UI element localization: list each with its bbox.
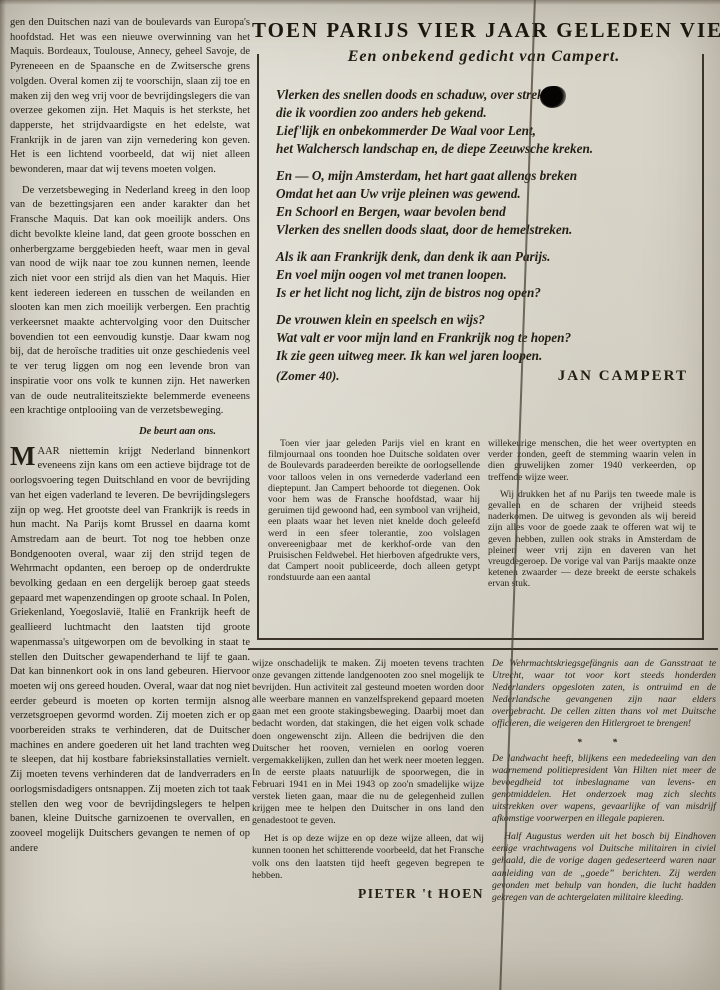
mid-bottom-column: wijze onschadelijk te maken. Zij moeten … — [252, 658, 484, 906]
poem-line: die ik voordien zoo anders heb gekend. — [276, 104, 696, 122]
poem-line: Wat valt er voor mijn land en Frankrijk … — [276, 329, 696, 347]
poem-line: De vrouwen klein en speelsch en wijs? — [276, 311, 696, 329]
news-brief-2: De landwacht heeft, blijkens een mededee… — [492, 753, 716, 826]
left-article-column: gen den Duitschen nazi van de boulevards… — [10, 16, 250, 862]
poem-line: En voel mijn oogen vol met tranen loopen… — [276, 266, 696, 284]
poem-line: En — O, mijn Amsterdam, het hart gaat al… — [276, 167, 696, 185]
left-paragraph-3: MAAR niettemin krijgt Nederland binnenko… — [10, 445, 250, 857]
box-article-column-left: Toen vier jaar geleden Parijs viel en kr… — [268, 438, 480, 590]
poem-box-border-right — [702, 54, 704, 640]
news-brief-3: Half Augustus werden uit het bosch bij E… — [492, 831, 716, 904]
poem-line: Vlerken des snellen doods en schaduw, ov… — [276, 86, 696, 104]
poem-box-border-left — [257, 54, 259, 640]
news-brief-1: De Wehrmachtskriegsgefängnis aan de Gans… — [492, 658, 716, 731]
poem-author: JAN CAMPERT — [558, 368, 688, 385]
author-signature: PIETER 't HOEN — [252, 888, 484, 900]
asterisk-separator: * * — [492, 737, 716, 749]
poem-line: Lief'lijk en onbekommerder De Waal voor … — [276, 122, 696, 140]
page-edge-shadow-top — [0, 0, 720, 5]
section-divider-rule — [248, 648, 718, 650]
subheading-de-beurt-aan-ons: De beurt aan ons. — [10, 425, 250, 440]
campert-poem: Vlerken des snellen doods en schaduw, ov… — [276, 86, 696, 365]
poem-line: Ik zie geen uitweg meer. Ik kan wel jare… — [276, 347, 696, 365]
poem-line: En Schoorl en Bergen, waar bevolen bend — [276, 203, 696, 221]
poem-line: Is er het licht nog licht, zijn de bistr… — [276, 284, 696, 302]
box-article-paragraph: Wij drukken het af nu Parijs ten tweede … — [488, 489, 696, 590]
mid-bottom-paragraph-1: wijze onschadelijk te maken. Zij moeten … — [252, 658, 484, 827]
left-paragraph-1: gen den Duitschen nazi van de boulevards… — [10, 16, 250, 178]
left-paragraph-3-text: AAR niettemin krijgt Nederland binnenkor… — [10, 446, 250, 854]
right-bottom-column: De Wehrmachtskriegsgefängnis aan de Gans… — [492, 658, 716, 910]
poem-line: Omdat het aan Uw vrije pleinen was gewen… — [276, 185, 696, 203]
poem-box-border-bottom — [257, 638, 704, 640]
article-subtitle: Een onbekend gedicht van Campert. — [252, 48, 716, 66]
dropcap-letter: M — [10, 445, 37, 468]
poem-line: Vlerken des snellen doods slaat, door de… — [276, 221, 696, 239]
box-article-paragraph: Toen vier jaar geleden Parijs viel en kr… — [268, 438, 480, 584]
mid-bottom-paragraph-2: Het is op deze wijze en op deze wijze al… — [252, 833, 484, 881]
article-headline: TOEN PARIJS VIER JAAR GELEDEN VIEL. — [252, 18, 716, 43]
poem-date: (Zomer 40). — [276, 368, 340, 383]
left-paragraph-2: De verzetsbeweging in Nederland kreeg in… — [10, 184, 250, 419]
page-edge-shadow — [0, 0, 6, 990]
poem-signature-row: (Zomer 40). JAN CAMPERT — [276, 368, 688, 385]
poem-line: Als ik aan Frankrijk denk, dan denk ik a… — [276, 248, 696, 266]
poem-line: het Walchersch landschap en, de diepe Ze… — [276, 140, 696, 158]
newspaper-page: { "colors": { "paper": "#d8d4c8", "ink":… — [0, 0, 720, 990]
